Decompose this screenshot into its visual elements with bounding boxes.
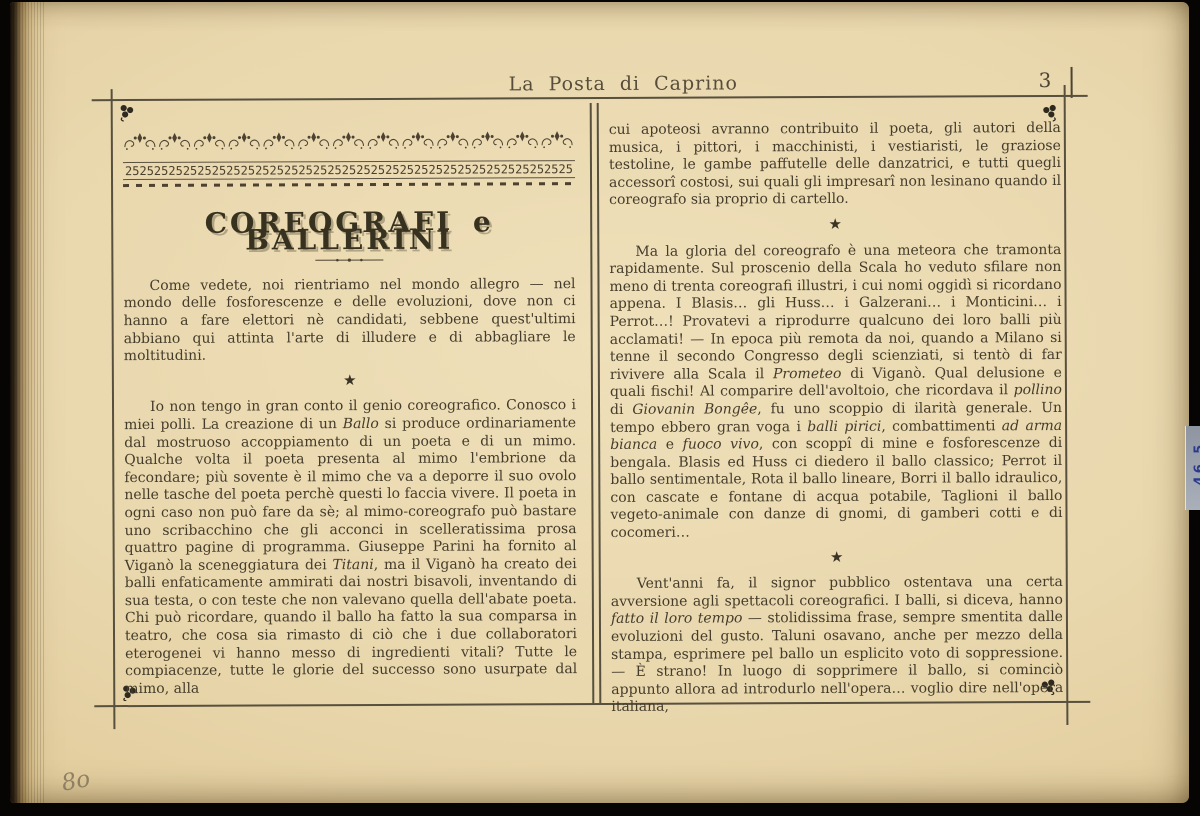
left-column: 2525252525252525252525252525252525252525… [123, 126, 577, 698]
article-paragraph: Come vedete, noi rientriamo nel mondo al… [123, 276, 575, 366]
page-number-tick-rule [1071, 67, 1073, 98]
italic-text: fatto il loro tempo [611, 611, 742, 628]
article-title: COREOGRAFI e BALLERINI [123, 213, 575, 250]
scanned-book-photo: La Posta di Caprino 3 [0, 0, 1200, 816]
frieze-fleuron-row-icon [123, 126, 575, 154]
star-divider: ★ [124, 371, 576, 391]
article-paragraph: Io non tengo in gran conto il genio core… [124, 397, 577, 698]
italic-text: fuoco vivo [683, 436, 759, 452]
star-divider: ★ [611, 548, 1063, 568]
italic-text: Giovanin Bongêe [632, 401, 757, 418]
column-rule-right [1064, 85, 1069, 725]
body-text: Come vedete, noi rientriamo nel mondo al… [124, 276, 576, 364]
edge-label-text: 46 5 [1192, 442, 1200, 486]
column-rule-left [111, 89, 116, 729]
frieze-meander-row: 2525252525252525252525252525252525252525… [123, 160, 575, 180]
italic-text: Prometeo [773, 366, 842, 382]
body-text: cui apoteosi avranno contribuito il poet… [609, 120, 1061, 208]
body-text: , combattimenti [881, 418, 1002, 435]
page-content: La Posta di Caprino 3 [8, 0, 1190, 806]
body-text: Vent'anni fa, il signor pubblico ostenta… [611, 574, 1063, 610]
ornamental-frieze: 2525252525252525252525252525252525252525… [123, 126, 575, 187]
page-number: 3 [1039, 68, 1052, 92]
masthead: La Posta di Caprino [509, 72, 738, 95]
header-rule [92, 95, 1088, 101]
frieze-dash-row [123, 182, 575, 187]
column-divider-rule-2 [597, 103, 602, 705]
italic-text: pollino [1014, 382, 1062, 398]
book-binding-edge [10, 2, 44, 803]
body-text: e [657, 437, 683, 453]
body-text: Ma la gloria del coreografo è una meteor… [609, 242, 1061, 383]
body-text: di [610, 402, 632, 418]
article-paragraph: Ma la gloria del coreografo è una meteor… [609, 242, 1062, 543]
italic-text: Ballo [343, 416, 379, 432]
column-divider-rule-1 [590, 103, 595, 705]
newspaper-page: La Posta di Caprino 3 [10, 2, 1189, 803]
edge-label: 46 5 [1185, 426, 1200, 510]
corner-ornament-top-left-icon [117, 102, 137, 122]
article-paragraph: cui apoteosi avranno contribuito il poet… [609, 120, 1061, 210]
italic-text: Titani [332, 557, 373, 573]
title-flourish-icon [313, 256, 385, 264]
handwritten-mark: 8o [60, 766, 93, 797]
right-column: cui apoteosi avranno contribuito il poet… [609, 120, 1064, 717]
italic-text: balli pirici [807, 418, 881, 434]
column-left-blocks: Come vedete, noi rientriamo nel mondo al… [123, 276, 577, 699]
body-text: , ma il Viganò ha creato dei balli enfat… [125, 556, 577, 697]
star-divider: ★ [609, 215, 1061, 235]
column-right-blocks: cui apoteosi avranno contribuito il poet… [609, 120, 1064, 717]
article-paragraph: Vent'anni fa, il signor pubblico ostenta… [611, 574, 1064, 717]
body-text: si produce ordinariamente dal mostruoso … [124, 415, 577, 574]
